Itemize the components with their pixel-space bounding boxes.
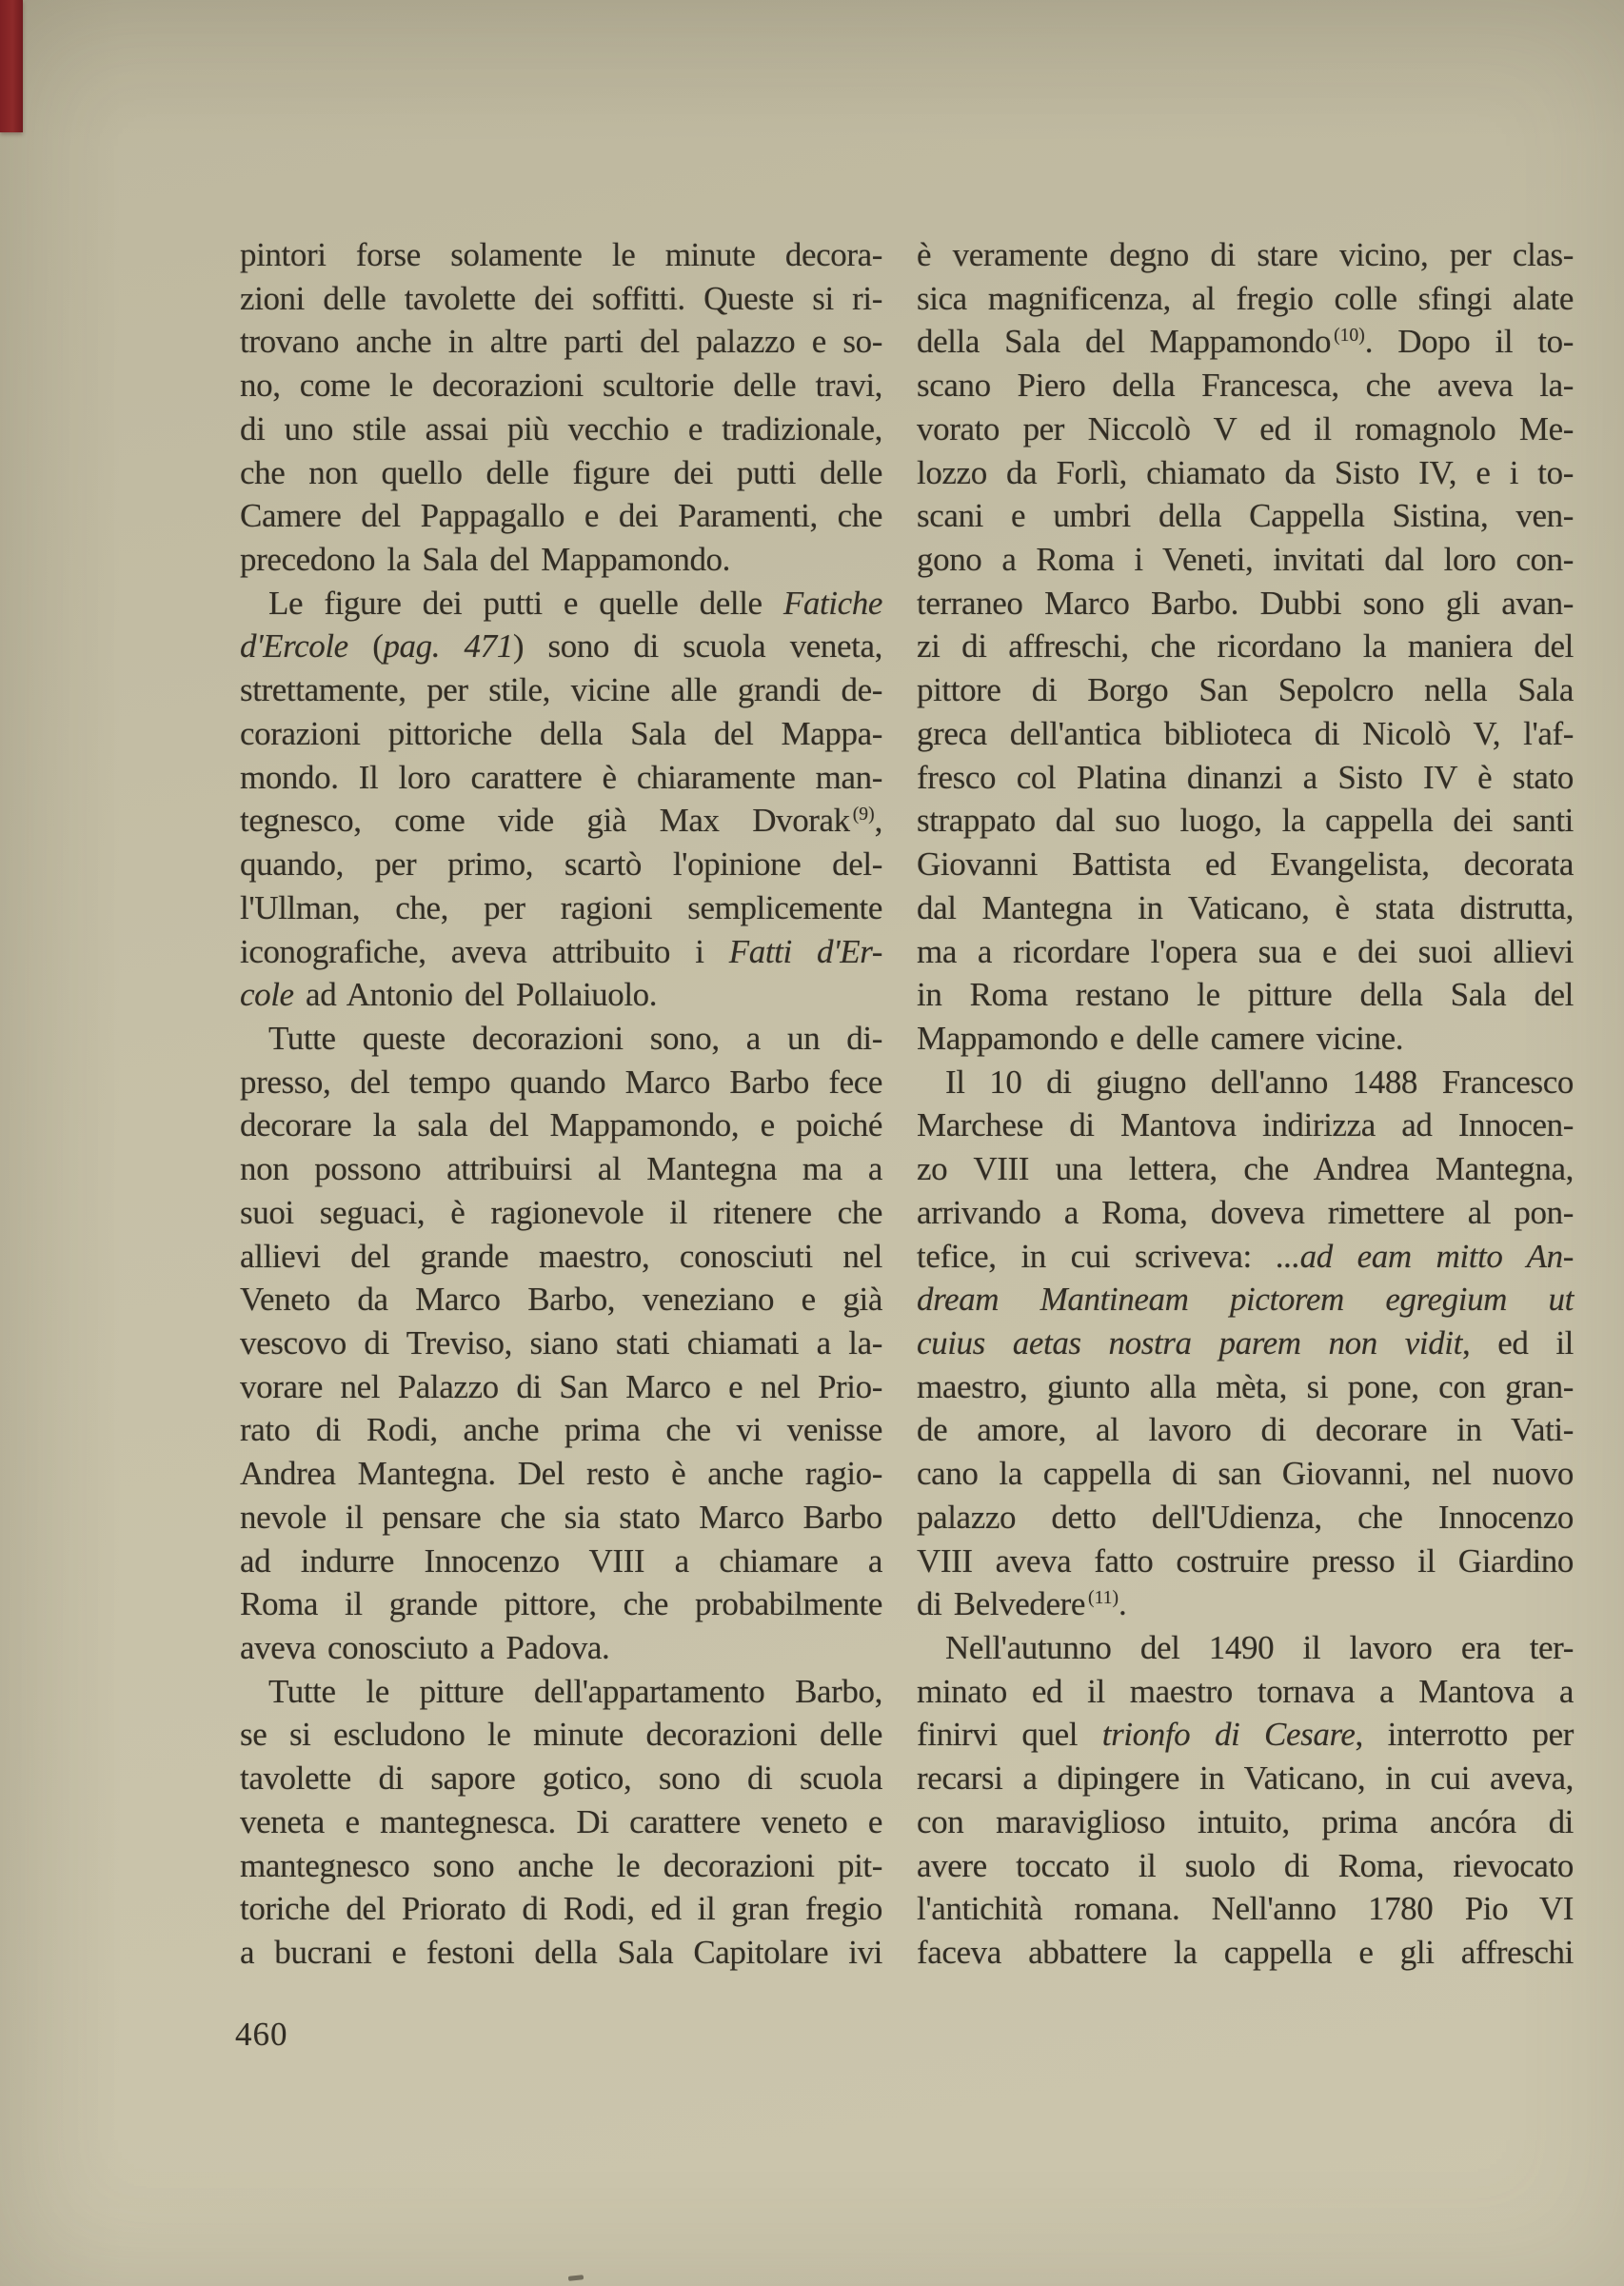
text-segment: di uno stile assai più vecchio e tradizi…	[240, 410, 882, 447]
text-segment: pag. 471	[383, 627, 512, 665]
text-segment: pintori forse solamente le minute decora…	[240, 236, 882, 273]
text-line: Andrea Mantegna. Del resto è anche ragio…	[240, 1452, 882, 1496]
footnote-reference: (11)	[1088, 1588, 1119, 1608]
text-segment: l'antichità romana. Nell'anno 1780 Pio V…	[917, 1890, 1574, 1927]
text-segment: trovano anche in altre parti del palazzo…	[240, 323, 882, 360]
text-line: dal Mantegna in Vaticano, è stata distru…	[917, 886, 1574, 930]
text-line: Il 10 di giugno dell'anno 1488 Francesco	[917, 1061, 1574, 1104]
text-segment: maestro, giunto alla mèta, si pone, con …	[917, 1368, 1574, 1405]
text-line: Marchese di Mantova indirizza ad Innocen…	[917, 1103, 1574, 1147]
text-segment: iconografiche, aveva attribuito i	[240, 933, 729, 970]
text-segment: zi di affreschi, che ricordano la manier…	[917, 627, 1574, 665]
text-line: ad indurre Innocenzo VIII a chiamare a	[240, 1540, 882, 1583]
text-segment: Marchese di Mantova indirizza ad Innocen…	[917, 1106, 1574, 1143]
text-segment: cole	[240, 976, 294, 1013]
text-segment: l'Ullman, che, per ragioni semplicemente	[240, 889, 882, 926]
text-line: vorato per Niccolò V ed il romagnolo Me-	[917, 408, 1574, 451]
text-line: quando, per primo, scartò l'opinione del…	[240, 843, 882, 886]
text-line: Veneto da Marco Barbo, veneziano e già	[240, 1278, 882, 1322]
text-line: strappato dal suo luogo, la cappella dei…	[917, 799, 1574, 843]
text-line: rato di Rodi, anche prima che vi venisse	[240, 1408, 882, 1452]
text-line: con maraviglioso intuito, prima ancóra d…	[917, 1800, 1574, 1844]
text-segment: decorare la sala del Mappamondo, e poich…	[240, 1106, 882, 1143]
text-segment: Roma il grande pittore, che probabilment…	[240, 1585, 882, 1622]
text-segment: precedono la Sala del Mappamondo.	[240, 541, 730, 578]
text-segment: ad Antonio del Pollaiuolo.	[294, 976, 657, 1013]
text-segment: ) sono di scuola veneta,	[513, 627, 882, 665]
text-segment: aveva conosciuto a Padova.	[240, 1629, 609, 1666]
text-segment: (	[348, 627, 384, 665]
text-line: tefice, in cui scriveva: ...ad eam mitto…	[917, 1235, 1574, 1279]
text-segment: Tutte le pitture dell'appartamento Barbo…	[268, 1673, 882, 1710]
text-segment: VIII aveva fatto costruire presso il Gia…	[917, 1542, 1574, 1580]
text-segment: non possono attribuirsi al Mantegna ma a	[240, 1150, 882, 1187]
text-segment: palazzo detto dell'Udienza, che Innocenz…	[917, 1499, 1574, 1536]
text-segment: della Sala del Mappamondo	[917, 323, 1331, 360]
text-line: arrivando a Roma, doveva rimettere al po…	[917, 1191, 1574, 1235]
text-segment: strappato dal suo luogo, la cappella dei…	[917, 802, 1574, 839]
text-segment: Le figure dei putti e quelle delle	[268, 585, 783, 622]
text-line: toriche del Priorato di Rodi, ed il gran…	[240, 1887, 882, 1931]
text-line: vorare nel Palazzo di San Marco e nel Pr…	[240, 1365, 882, 1409]
text-segment: trionfo di Cesare	[1102, 1716, 1356, 1753]
text-line: zo VIII una lettera, che Andrea Mantegna…	[917, 1147, 1574, 1191]
text-segment: ma a ricordare l'opera sua e dei suoi al…	[917, 933, 1574, 970]
text-line: Camere del Pappagallo e dei Paramenti, c…	[240, 494, 882, 538]
text-segment: , interrotto per	[1356, 1716, 1574, 1753]
text-segment: lozzo da Forlì, chiamato da Sisto IV, e …	[917, 454, 1574, 491]
text-segment: scani e umbri della Cappella Sistina, ve…	[917, 497, 1574, 534]
text-segment: toriche del Priorato di Rodi, ed il gran…	[240, 1890, 882, 1927]
text-line: l'antichità romana. Nell'anno 1780 Pio V…	[917, 1887, 1574, 1931]
text-segment: veneta e mantegnesca. Di carattere venet…	[240, 1803, 882, 1840]
text-line: tavolette di sapore gotico, sono di scuo…	[240, 1757, 882, 1800]
text-segment: Nell'autunno del 1490 il lavoro era ter-	[945, 1629, 1574, 1666]
text-column-left: pintori forse solamente le minute decora…	[240, 233, 882, 1975]
text-line: VIII aveva fatto costruire presso il Gia…	[917, 1540, 1574, 1583]
text-line: no, come le decorazioni scultorie delle …	[240, 364, 882, 408]
text-segment: tefice, in cui scriveva:	[917, 1238, 1277, 1275]
text-line: ma a ricordare l'opera sua e dei suoi al…	[917, 930, 1574, 974]
text-line: maestro, giunto alla mèta, si pone, con …	[917, 1365, 1574, 1409]
text-segment: Fatti d'Er-	[729, 933, 882, 970]
text-line: scano Piero della Francesca, che aveva l…	[917, 364, 1574, 408]
text-segment: gono a Roma i Veneti, invitati dal loro …	[917, 541, 1574, 578]
text-segment: arrivando a Roma, doveva rimettere al po…	[917, 1194, 1574, 1231]
text-line: suoi seguaci, è ragionevole il ritenere …	[240, 1191, 882, 1235]
text-segment: , ed il	[1462, 1324, 1574, 1362]
text-segment: Camere del Pappagallo e dei Paramenti, c…	[240, 497, 882, 534]
text-line: a bucrani e festoni della Sala Capitolar…	[240, 1931, 882, 1975]
text-line: decorare la sala del Mappamondo, e poich…	[240, 1103, 882, 1147]
text-line: presso, del tempo quando Marco Barbo fec…	[240, 1061, 882, 1104]
text-line: finirvi quel trionfo di Cesare, interrot…	[917, 1713, 1574, 1757]
page-number: 460	[235, 2013, 288, 2057]
text-segment: faceva abbattere la cappella e gli affre…	[917, 1934, 1574, 1971]
text-line: cano la cappella di san Giovanni, nel nu…	[917, 1452, 1574, 1496]
text-segment: pittore di Borgo San Sepolcro nella Sala	[917, 671, 1574, 708]
text-line: d'Ercole (pag. 471) sono di scuola venet…	[240, 625, 882, 668]
text-line: è veramente degno di stare vicino, per c…	[917, 233, 1574, 277]
text-segment: Mappamondo e delle camere vicine.	[917, 1020, 1403, 1057]
text-segment: cuius aetas nostra parem non vidit	[917, 1324, 1462, 1362]
text-line: mondo. Il loro carattere è chiaramente m…	[240, 756, 882, 800]
text-segment: tegnesco, come vide già Max Dvorak	[240, 802, 850, 839]
text-segment: sica magnificenza, al fregio colle sfing…	[917, 280, 1574, 317]
text-segment: che non quello delle figure dei putti de…	[240, 454, 882, 491]
text-segment: dal Mantegna in Vaticano, è stata distru…	[917, 889, 1574, 926]
text-line: nevole il pensare che sia stato Marco Ba…	[240, 1496, 882, 1540]
text-line: terraneo Marco Barbo. Dubbi sono gli ava…	[917, 582, 1574, 626]
text-segment: zo VIII una lettera, che Andrea Mantegna…	[917, 1150, 1574, 1187]
text-line: mantegnesco sono anche le decorazioni pi…	[240, 1844, 882, 1888]
text-segment: vorare nel Palazzo di San Marco e nel Pr…	[240, 1368, 882, 1405]
text-segment: vescovo di Treviso, siano stati chiamati…	[240, 1324, 882, 1362]
text-line: strettamente, per stile, vicine alle gra…	[240, 668, 882, 712]
text-line: cuius aetas nostra parem non vidit, ed i…	[917, 1322, 1574, 1365]
text-line: precedono la Sala del Mappamondo.	[240, 538, 882, 582]
text-segment: Il 10 di giugno dell'anno 1488 Francesco	[945, 1063, 1574, 1101]
footnote-reference: (9)	[853, 805, 875, 825]
scanned-book-page-viewport: { "page": { "number": "460" }, "colors":…	[0, 0, 1624, 2286]
text-line: sica magnificenza, al fregio colle sfing…	[917, 277, 1574, 321]
text-line: di Belvedere(11).	[917, 1582, 1574, 1626]
text-line: l'Ullman, che, per ragioni semplicemente	[240, 886, 882, 930]
text-segment: terraneo Marco Barbo. Dubbi sono gli ava…	[917, 585, 1574, 622]
text-segment: greca dell'antica biblioteca di Nicolò V…	[917, 715, 1574, 752]
text-line: fresco col Platina dinanzi a Sisto IV è …	[917, 756, 1574, 800]
text-line: allievi del grande maestro, conosciuti n…	[240, 1235, 882, 1279]
text-line: minato ed il maestro tornava a Mantova a	[917, 1670, 1574, 1714]
text-segment: suoi seguaci, è ragionevole il ritenere …	[240, 1194, 882, 1231]
text-line: avere toccato il suolo di Roma, rievocat…	[917, 1844, 1574, 1888]
text-line: in Roma restano le pitture della Sala de…	[917, 973, 1574, 1017]
text-segment: zioni delle tavolette dei soffitti. Ques…	[240, 280, 882, 317]
text-segment: Andrea Mantegna. Del resto è anche ragio…	[240, 1455, 882, 1492]
text-segment: in Roma restano le pitture della Sala de…	[917, 976, 1574, 1013]
text-line: zioni delle tavolette dei soffitti. Ques…	[240, 277, 882, 321]
text-segment: se si escludono le minute decorazioni de…	[240, 1716, 882, 1753]
text-segment: ,	[875, 802, 882, 839]
text-segment: scano Piero della Francesca, che aveva l…	[917, 367, 1574, 404]
text-segment: mantegnesco sono anche le decorazioni pi…	[240, 1847, 882, 1884]
text-line: della Sala del Mappamondo(10). Dopo il t…	[917, 320, 1574, 364]
footnote-reference: (10)	[1334, 326, 1365, 346]
text-line: recarsi a dipingere in Vaticano, in cui …	[917, 1757, 1574, 1800]
text-line: Tutte le pitture dell'appartamento Barbo…	[240, 1670, 882, 1714]
text-segment: allievi del grande maestro, conosciuti n…	[240, 1238, 882, 1275]
text-line: non possono attribuirsi al Mantegna ma a	[240, 1147, 882, 1191]
text-segment: dream Mantineam pictorem egregium ut	[917, 1281, 1574, 1318]
text-segment: nevole il pensare che sia stato Marco Ba…	[240, 1499, 882, 1536]
text-segment: finirvi quel	[917, 1716, 1102, 1753]
text-line: gono a Roma i Veneti, invitati dal loro …	[917, 538, 1574, 582]
text-line: se si escludono le minute decorazioni de…	[240, 1713, 882, 1757]
text-line: Le figure dei putti e quelle delle Fatic…	[240, 582, 882, 626]
text-segment: ...ad eam mitto An-	[1277, 1238, 1574, 1275]
text-line: Nell'autunno del 1490 il lavoro era ter-	[917, 1626, 1574, 1670]
text-segment: avere toccato il suolo di Roma, rievocat…	[917, 1847, 1574, 1884]
text-column-right: è veramente degno di stare vicino, per c…	[917, 233, 1574, 1975]
text-line: aveva conosciuto a Padova.	[240, 1626, 882, 1670]
text-line: cole ad Antonio del Pollaiuolo.	[240, 973, 882, 1017]
text-segment: cano la cappella di san Giovanni, nel nu…	[917, 1455, 1574, 1492]
text-segment: d'Ercole	[240, 627, 348, 665]
text-segment: a bucrani e festoni della Sala Capitolar…	[240, 1934, 882, 1971]
scan-speck	[568, 2275, 584, 2281]
text-line: tegnesco, come vide già Max Dvorak(9),	[240, 799, 882, 843]
text-line: palazzo detto dell'Udienza, che Innocenz…	[917, 1496, 1574, 1540]
text-line: trovano anche in altre parti del palazzo…	[240, 320, 882, 364]
text-segment: Fatiche	[783, 585, 882, 622]
text-segment: fresco col Platina dinanzi a Sisto IV è …	[917, 759, 1574, 796]
text-segment: minato ed il maestro tornava a Mantova a	[917, 1673, 1574, 1710]
bookmark-ribbon	[0, 0, 23, 132]
text-segment: corazioni pittoriche della Sala del Mapp…	[240, 715, 882, 752]
text-segment: Giovanni Battista ed Evangelista, decora…	[917, 845, 1574, 883]
text-segment: è veramente degno di stare vicino, per c…	[917, 236, 1574, 273]
text-segment: Veneto da Marco Barbo, veneziano e già	[240, 1281, 882, 1318]
text-line: Mappamondo e delle camere vicine.	[917, 1017, 1574, 1061]
text-segment: .	[1119, 1585, 1126, 1622]
text-segment: di Belvedere	[917, 1585, 1085, 1622]
text-line: Tutte queste decorazioni sono, a un di-	[240, 1017, 882, 1061]
text-segment: ad indurre Innocenzo VIII a chiamare a	[240, 1542, 882, 1580]
text-segment: de amore, al lavoro di decorare in Vati-	[917, 1411, 1574, 1448]
text-line: de amore, al lavoro di decorare in Vati-	[917, 1408, 1574, 1452]
text-segment: quando, per primo, scartò l'opinione del…	[240, 845, 882, 883]
text-line: zi di affreschi, che ricordano la manier…	[917, 625, 1574, 668]
text-line: Giovanni Battista ed Evangelista, decora…	[917, 843, 1574, 886]
text-line: vescovo di Treviso, siano stati chiamati…	[240, 1322, 882, 1365]
text-line: lozzo da Forlì, chiamato da Sisto IV, e …	[917, 451, 1574, 495]
text-segment: Tutte queste decorazioni sono, a un di-	[268, 1020, 882, 1057]
text-line: scani e umbri della Cappella Sistina, ve…	[917, 494, 1574, 538]
text-line: greca dell'antica biblioteca di Nicolò V…	[917, 712, 1574, 756]
text-line: faceva abbattere la cappella e gli affre…	[917, 1931, 1574, 1975]
text-segment: vorato per Niccolò V ed il romagnolo Me-	[917, 410, 1574, 447]
text-line: veneta e mantegnesca. Di carattere venet…	[240, 1800, 882, 1844]
text-line: di uno stile assai più vecchio e tradizi…	[240, 408, 882, 451]
text-segment: con maraviglioso intuito, prima ancóra d…	[917, 1803, 1574, 1840]
text-line: che non quello delle figure dei putti de…	[240, 451, 882, 495]
text-segment: strettamente, per stile, vicine alle gra…	[240, 671, 882, 708]
text-line: pittore di Borgo San Sepolcro nella Sala	[917, 668, 1574, 712]
text-segment: presso, del tempo quando Marco Barbo fec…	[240, 1063, 882, 1101]
text-segment: no, come le decorazioni scultorie delle …	[240, 367, 882, 404]
text-line: corazioni pittoriche della Sala del Mapp…	[240, 712, 882, 756]
text-line: dream Mantineam pictorem egregium ut	[917, 1278, 1574, 1322]
text-line: Roma il grande pittore, che probabilment…	[240, 1582, 882, 1626]
text-segment: . Dopo il to-	[1365, 323, 1574, 360]
text-segment: recarsi a dipingere in Vaticano, in cui …	[917, 1759, 1574, 1797]
book-page: pintori forse solamente le minute decora…	[0, 0, 1624, 2286]
text-segment: rato di Rodi, anche prima che vi venisse	[240, 1411, 882, 1448]
text-line: iconografiche, aveva attribuito i Fatti …	[240, 930, 882, 974]
text-line: pintori forse solamente le minute decora…	[240, 233, 882, 277]
text-segment: tavolette di sapore gotico, sono di scuo…	[240, 1759, 882, 1797]
text-segment: mondo. Il loro carattere è chiaramente m…	[240, 759, 882, 796]
